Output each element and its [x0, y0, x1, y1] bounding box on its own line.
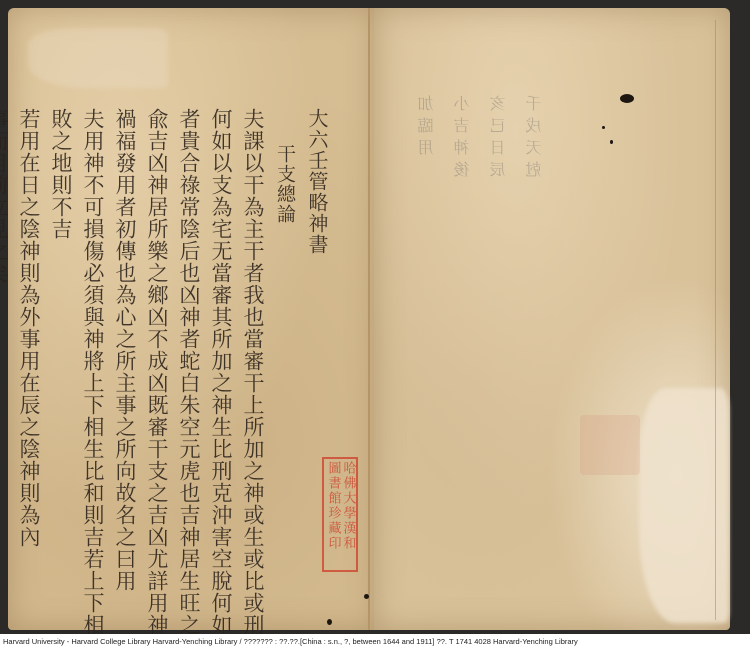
image-caption: Harvard University - Harvard College Lib…: [0, 634, 750, 650]
left-page-text: 大六壬管略神書 干支總論 夫課以干為主干者我也當審干上所加之神或生或比或刑沖尅害…: [30, 108, 330, 588]
bleed-through-text: 千戌天尅 亥已日辰 小吉神後 加臨用: [395, 95, 545, 515]
book-spine: [368, 8, 370, 630]
text-column: 者貴合祿常陰后也凶神者蛇白朱空元虎也吉神居生旺之地而: [175, 108, 202, 588]
seal-text: 圖書館珍藏印: [326, 461, 340, 568]
ink-spot: [602, 126, 605, 129]
ghost-column: 小吉神後: [453, 95, 473, 515]
manuscript-scan: 大六壬管略神書 干支總論 夫課以干為主干者我也當審干上所加之神或生或比或刑沖尅害…: [0, 0, 750, 634]
text-column: 何如以支為宅无當審其所加之神生比刑克沖害空脫何如吉神: [207, 108, 234, 588]
library-seal: 哈佛大學漢和 圖書館珍藏印: [322, 457, 358, 572]
text-column: 夫課以干為主干者我也當審干上所加之神或生或比或刑沖尅害: [239, 108, 266, 588]
section-heading: 干支總論: [271, 144, 298, 588]
ghost-column: 加臨用: [417, 95, 437, 515]
text-column: 事而目前立見之矣: [0, 108, 10, 588]
page-edge: [715, 20, 716, 620]
text-column: 禍福發用者初傳也為心之所主事之所向故名之曰用: [111, 108, 138, 588]
text-column: 兪吉凶神居所樂之鄉凶不成凶既審干支之吉凶尤詳用神之: [143, 108, 170, 588]
ghost-column: 亥已日辰: [489, 95, 509, 515]
ghost-column: 千戌天尅: [525, 95, 545, 515]
ink-blot: [620, 94, 634, 103]
ink-spot: [610, 140, 613, 144]
text-column: 敗之地則不吉: [47, 108, 74, 588]
seal-text: 哈佛大學漢和: [341, 461, 355, 568]
text-column: 若用在日之陰神則為外事用在辰之陰神則為內: [15, 108, 42, 588]
ink-spot: [327, 619, 332, 625]
paper-stain: [28, 28, 168, 88]
text-column: 夫用神不可損傷必須與神將上下相生比和則吉若上下相克而休: [79, 108, 106, 588]
faint-seal-stain: [580, 415, 640, 475]
ink-spot: [364, 594, 369, 599]
